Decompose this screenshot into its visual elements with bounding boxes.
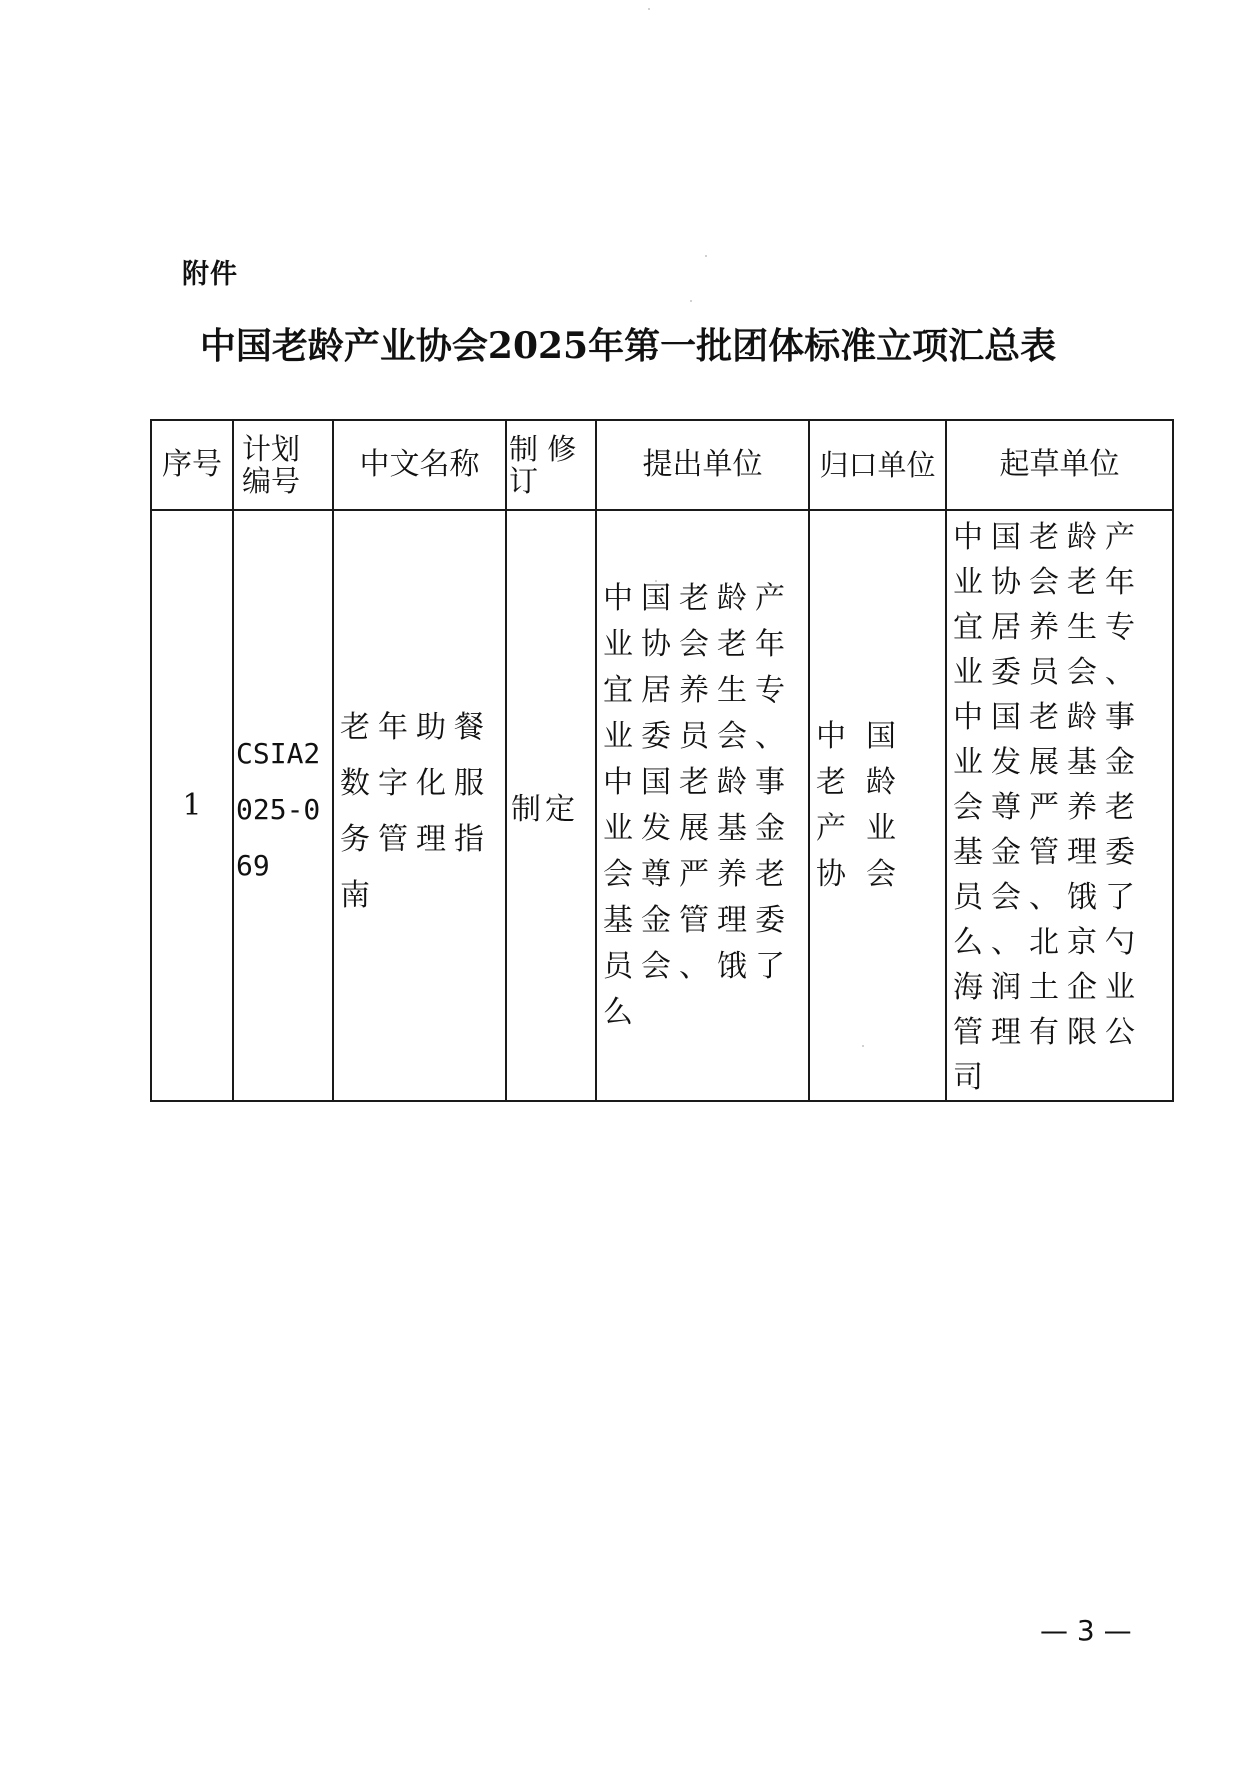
- standards-summary-table: 序号 计划 编号 中文名称 制 修 订 提出单位 归口单位 起草单位 1 CSI…: [150, 419, 1174, 1102]
- header-proposer: 提出单位: [596, 420, 809, 510]
- header-revision-line1: 制 修: [509, 433, 595, 465]
- scan-speck: [690, 300, 692, 302]
- table-header-row: 序号 计划 编号 中文名称 制 修 订 提出单位 归口单位 起草单位: [151, 420, 1173, 510]
- header-revision-line2: 订: [509, 465, 595, 497]
- header-chinese-name: 中文名称: [333, 420, 506, 510]
- header-plan-code: 计划 编号: [233, 420, 333, 510]
- scan-speck: [862, 1045, 864, 1047]
- cell-seq: 1: [151, 510, 233, 1101]
- cell-chinese-name: 老年助餐数字化服务管理指南: [333, 510, 506, 1101]
- scan-speck: [648, 8, 650, 10]
- cell-drafter: 中国老龄产业协会老年宜居养生专业委员会、中国老龄事业发展基金会尊严养老基金管理委…: [946, 510, 1173, 1101]
- attachment-label: 附件: [182, 252, 238, 291]
- scan-speck: [705, 255, 707, 257]
- header-seq: 序号: [151, 420, 233, 510]
- header-drafter: 起草单位: [946, 420, 1173, 510]
- cell-responsible: 中国老龄产业协会: [809, 510, 946, 1101]
- table-row: 1 CSIA2025-069 老年助餐数字化服务管理指南 制定 中国老龄产业协会…: [151, 510, 1173, 1101]
- header-plan-code-line2: 编号: [242, 465, 332, 497]
- cell-revision: 制定: [506, 510, 596, 1101]
- page-number: — 3 —: [1040, 1614, 1132, 1647]
- header-plan-code-line1: 计划: [242, 433, 332, 465]
- cell-plan-code: CSIA2025-069: [233, 510, 333, 1101]
- cell-proposer: 中国老龄产业协会老年宜居养生专业委员会、中国老龄事业发展基金会尊严养老基金管理委…: [596, 510, 809, 1101]
- document-title: 中国老龄产业协会2025年第一批团体标准立项汇总表: [0, 318, 1256, 369]
- header-revision: 制 修 订: [506, 420, 596, 510]
- header-responsible: 归口单位: [809, 420, 946, 510]
- scan-speck: [655, 580, 657, 582]
